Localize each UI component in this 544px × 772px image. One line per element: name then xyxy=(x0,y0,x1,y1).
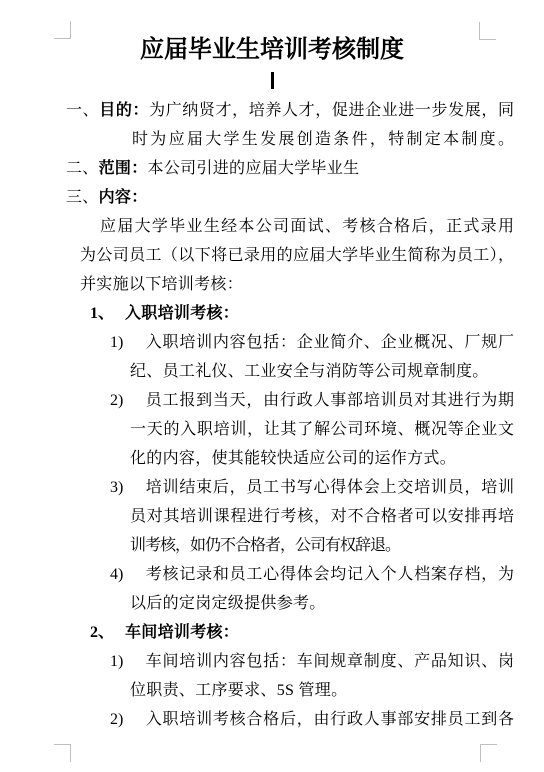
text-run: 训考核，如仍不合格者，公司有权辞退。 xyxy=(130,537,400,554)
list-number: 2、 xyxy=(90,622,125,644)
doc-line: 1)入职培训内容包括：企业简介、企业概况、厂规厂 xyxy=(110,332,514,354)
doc-line: 为公司员工（以下将已录用的应届大学毕业生简称为员工）， xyxy=(80,245,514,267)
text-run: 并实施以下培训考核： xyxy=(80,276,243,293)
text-run: 培训结束后，员工书写心得体会上交培训员，培训 xyxy=(145,479,514,496)
doc-line: 员对其培训课程进行考核，对不合格者可以安排再培 xyxy=(130,506,514,528)
doc-line: 二、范围：本公司引进的应届大学毕业生 xyxy=(66,158,359,180)
text-run: 一、 xyxy=(66,102,99,119)
crop-mark-bottom-left xyxy=(54,744,71,762)
doc-line: 2)入职培训考核合格后，由行政人事部安排员工到各 xyxy=(110,709,514,731)
document-page[interactable]: 应届毕业生培训考核制度 一、目的：为广纳贤才，培养人才，促进企业进一步发展，同 … xyxy=(0,0,544,772)
list-number: 3) xyxy=(110,477,145,499)
list-number: 1) xyxy=(110,332,145,354)
text-run: 内容： xyxy=(99,189,148,206)
doc-line: 训考核，如仍不合格者，公司有权辞退。 xyxy=(130,535,400,557)
text-run: 为广纳贤才，培养人才，促进企业进一步发展，同 xyxy=(149,102,514,119)
text-run: 应届大学毕业生经本公司面试、考核合格后，正式录用 xyxy=(100,218,514,235)
doc-line: 一天的入职培训，让其了解公司环境、概况等企业文 xyxy=(130,419,514,441)
doc-line: 4)考核记录和员工心得体会均记入个人档案存档，为 xyxy=(110,564,514,586)
doc-line: 1、入职培训考核： xyxy=(90,303,239,325)
text-run: 车间培训考核： xyxy=(125,624,239,641)
text-run: 为公司员工（以下将已录用的应届大学毕业生简称为员工）， xyxy=(80,247,514,264)
list-number: 2) xyxy=(110,390,145,412)
text-run: 员对其培训课程进行考核，对不合格者可以安排再培 xyxy=(130,508,514,525)
text-run: 车间培训内容包括：车间规章制度、产品知识、岗 xyxy=(145,653,514,670)
doc-line: 以后的定岗定级提供参考。 xyxy=(130,593,326,615)
doc-line: 一、目的：为广纳贤才，培养人才，促进企业进一步发展，同 xyxy=(66,100,514,122)
list-number: 1、 xyxy=(90,303,125,325)
doc-line: 并实施以下培训考核： xyxy=(80,274,243,296)
doc-line: 化的内容，使其能较快适应公司的运作方式。 xyxy=(130,448,456,470)
doc-line: 3)培训结束后，员工书写心得体会上交培训员，培训 xyxy=(110,477,514,499)
doc-line: 应届大学毕业生经本公司面试、考核合格后，正式录用 xyxy=(100,216,514,238)
text-run: 时为应届大学生发展创造条件，特制定本制度。 xyxy=(132,131,514,148)
text-run: 化的内容，使其能较快适应公司的运作方式。 xyxy=(130,450,456,467)
doc-line: 2、车间培训考核： xyxy=(90,622,239,644)
doc-line: 纪、员工礼仪、工业安全与消防等公司规章制度。 xyxy=(130,361,489,383)
text-run: 入职培训考核： xyxy=(125,305,239,322)
text-run: 范围： xyxy=(99,160,148,177)
doc-line: 1)车间培训内容包括：车间规章制度、产品知识、岗 xyxy=(110,651,514,673)
page-title: 应届毕业生培训考核制度 xyxy=(0,33,544,67)
crop-mark-bottom-right xyxy=(480,744,497,762)
text-run: 入职培训内容包括：企业简介、企业概况、厂规厂 xyxy=(145,334,514,351)
text-cursor xyxy=(271,72,274,89)
text-run: 一天的入职培训，让其了解公司环境、概况等企业文 xyxy=(130,421,514,438)
text-run: 位职责、工序要求、5S 管理。 xyxy=(130,682,347,699)
text-run: 纪、员工礼仪、工业安全与消防等公司规章制度。 xyxy=(130,363,489,380)
text-run: 考核记录和员工心得体会均记入个人档案存档，为 xyxy=(145,566,514,583)
text-run: 三、 xyxy=(66,189,99,206)
doc-line: 位职责、工序要求、5S 管理。 xyxy=(130,680,347,702)
text-run: 入职培训考核合格后，由行政人事部安排员工到各 xyxy=(145,711,514,728)
text-run: 员工报到当天，由行政人事部培训员对其进行为期 xyxy=(145,392,514,409)
list-number: 4) xyxy=(110,564,145,586)
text-run: 以后的定岗定级提供参考。 xyxy=(130,595,326,612)
text-run: 本公司引进的应届大学毕业生 xyxy=(148,160,360,177)
doc-line: 三、内容： xyxy=(66,187,148,209)
list-number: 2) xyxy=(110,709,145,731)
doc-line: 时为应届大学生发展创造条件，特制定本制度。 xyxy=(132,129,514,151)
list-number: 1) xyxy=(110,651,145,673)
text-run: 二、 xyxy=(66,160,99,177)
text-run: 目的： xyxy=(99,102,149,119)
doc-line: 2)员工报到当天，由行政人事部培训员对其进行为期 xyxy=(110,390,514,412)
